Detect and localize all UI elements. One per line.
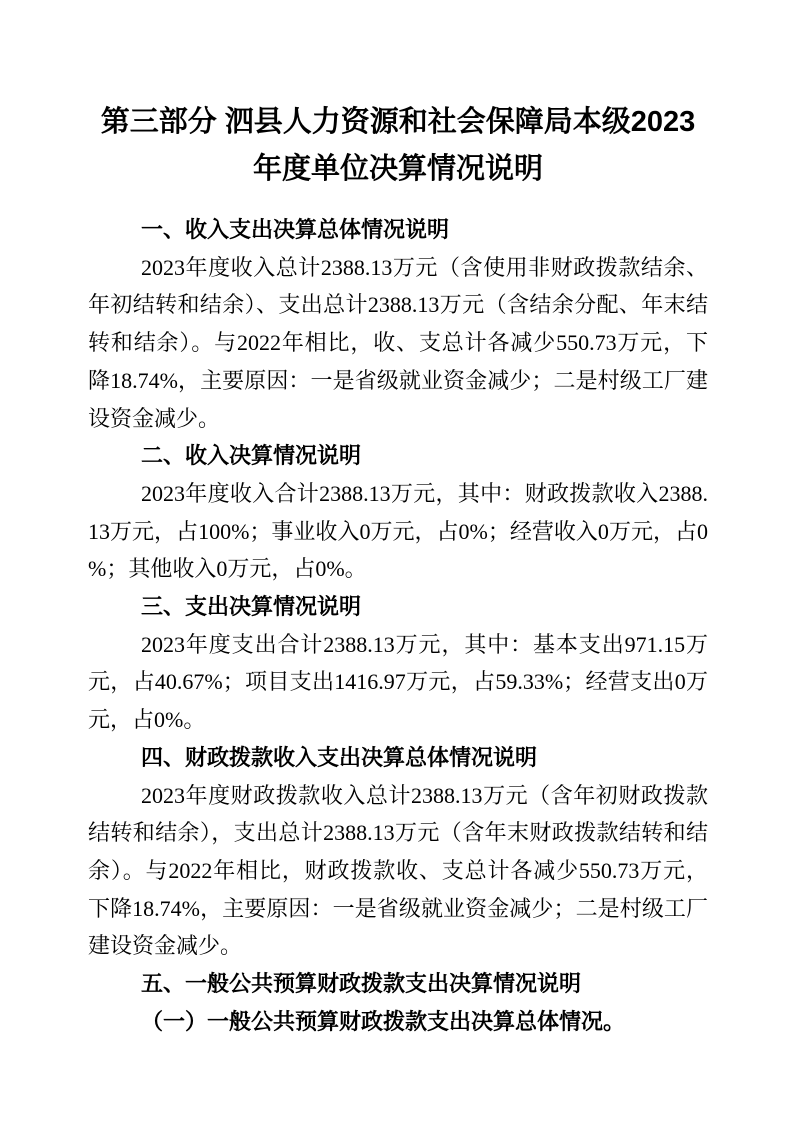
section-subheading: （一）一般公共预算财政拨款支出决算总体情况。 [88, 1003, 708, 1041]
section-general-public-budget: 五、一般公共预算财政拨款支出决算情况说明 （一）一般公共预算财政拨款支出决算总体… [88, 965, 708, 1040]
section-expenditure-statement: 三、支出决算情况说明 2023年度支出合计2388.13万元，其中：基本支出97… [88, 588, 708, 739]
section-fiscal-appropriation-overview: 四、财政拨款收入支出决算总体情况说明 2023年度财政拨款收入总计2388.13… [88, 739, 708, 965]
section-heading: 五、一般公共预算财政拨款支出决算情况说明 [88, 965, 708, 1003]
section-heading: 一、收入支出决算总体情况说明 [88, 211, 708, 249]
section-heading: 三、支出决算情况说明 [88, 588, 708, 626]
document-page: 第三部分 泗县人力资源和社会保障局本级2023年度单位决算情况说明 一、收入支出… [0, 0, 793, 1122]
section-income-statement: 二、收入决算情况说明 2023年度收入合计2388.13万元，其中：财政拨款收入… [88, 437, 708, 588]
section-paragraph: 2023年度收入合计2388.13万元，其中：财政拨款收入2388.13万元，占… [88, 475, 708, 588]
section-income-expenditure-overview: 一、收入支出决算总体情况说明 2023年度收入总计2388.13万元（含使用非财… [88, 211, 708, 437]
section-paragraph: 2023年度收入总计2388.13万元（含使用非财政拨款结余、年初结转和结余）、… [88, 249, 708, 438]
section-paragraph: 2023年度财政拨款收入总计2388.13万元（含年初财政拨款结转和结余），支出… [88, 777, 708, 966]
section-heading: 四、财政拨款收入支出决算总体情况说明 [88, 739, 708, 777]
section-paragraph: 2023年度支出合计2388.13万元，其中：基本支出971.15万元，占40.… [88, 626, 708, 739]
page-title: 第三部分 泗县人力资源和社会保障局本级2023年度单位决算情况说明 [100, 99, 696, 193]
section-heading: 二、收入决算情况说明 [88, 437, 708, 475]
